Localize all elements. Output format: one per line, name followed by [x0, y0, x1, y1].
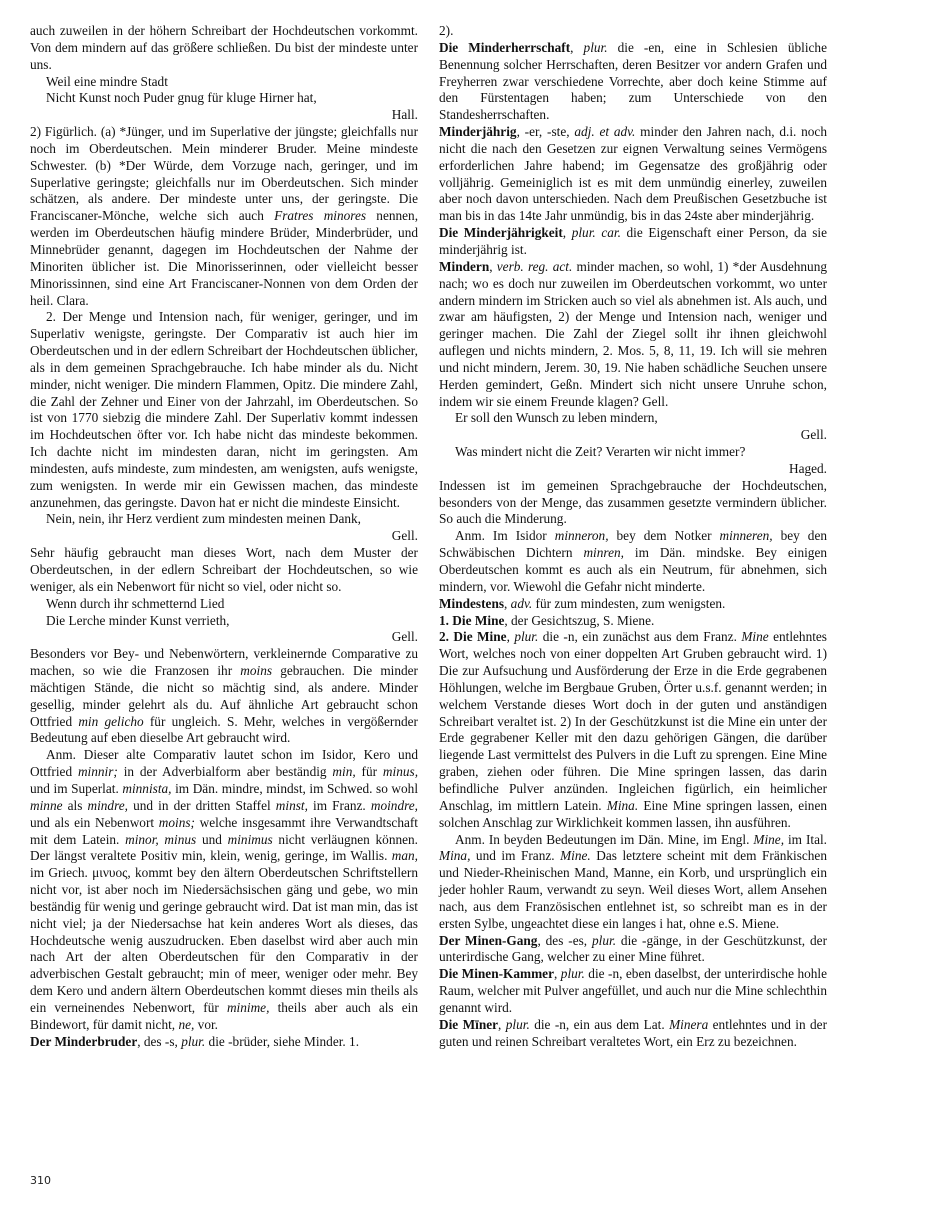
verse-line: Er soll den Wunsch zu leben mindern, [439, 410, 827, 427]
verse-line: Was mindert nicht die Zeit? Verarten wir… [439, 444, 827, 461]
annotation-paragraph: Anm. Im Isidor minneron, bey dem Notker … [439, 528, 827, 595]
right-column: 2). Die Minderherrschaft, plur. die -en,… [439, 23, 827, 1050]
dictionary-entry-mine-1: 1. Die Mine, der Gesichtszug, S. Miene. [439, 613, 827, 630]
headword: Der Minen-Gang [439, 933, 537, 948]
headword: Der Minderbruder [30, 1034, 137, 1049]
verse-attribution: Gell. [439, 427, 827, 444]
headword: Minderjährig [439, 124, 517, 139]
dictionary-entry-mindestens: Mindestens, adv. für zum mindesten, zum … [439, 596, 827, 613]
verse-attribution: Gell. [30, 629, 418, 646]
headword: 2. Die Mine [439, 629, 507, 644]
dictionary-entry-minen-gang: Der Minen-Gang, des -es, plur. die -gäng… [439, 933, 827, 967]
paragraph: 2. Der Menge und Intension nach, für wen… [30, 309, 418, 511]
paragraph: 2) Figürlich. (a) *Jünger, und im Superl… [30, 124, 418, 309]
headword: Mindestens [439, 596, 504, 611]
headword: Mindern [439, 259, 489, 274]
headword: 1. Die Mine [439, 613, 504, 628]
headword: Die Mīner [439, 1017, 498, 1032]
annotation-paragraph: Anm. Dieser alte Comparativ lautet schon… [30, 747, 418, 1033]
paragraph: Besonders vor Bey- und Nebenwörtern, ver… [30, 646, 418, 747]
page-number: 310 [30, 1174, 51, 1187]
verse-line: Die Lerche minder Kunst verrieth, [30, 613, 418, 630]
verse-attribution: Gell. [30, 528, 418, 545]
left-column: auch zuweilen in der höhern Schreibart d… [30, 23, 418, 1050]
paragraph: Sehr häufig gebraucht man dieses Wort, n… [30, 545, 418, 596]
dictionary-entry-minderbruder: Der Minderbruder, des -s, plur. die -brü… [30, 1034, 418, 1051]
dictionary-entry-minderherrschaft: Die Minderherrschaft, plur. die -en, ein… [439, 40, 827, 124]
dictionary-entry-minen-kammer: Die Minen-Kammer, plur. die -n, eben das… [439, 966, 827, 1017]
verse-line: Weil eine mindre Stadt [30, 74, 418, 91]
verse-line: Nicht Kunst noch Puder gnug für kluge Hi… [30, 90, 418, 107]
paragraph: auch zuweilen in der höhern Schreibart d… [30, 23, 418, 74]
headword: Die Minderherrschaft [439, 40, 570, 55]
verse-attribution: Hall. [30, 107, 418, 124]
verse-attribution: Haged. [439, 461, 827, 478]
verse-line: Nein, nein, ihr Herz verdient zum mindes… [30, 511, 418, 528]
dictionary-entry-minderjaehrigkeit: Die Minderjährigkeit, plur. car. die Eig… [439, 225, 827, 259]
verse-line: Wenn durch ihr schmetternd Lied [30, 596, 418, 613]
dictionary-entry-miner: Die Mīner, plur. die -n, ein aus dem Lat… [439, 1017, 827, 1051]
paragraph: Indessen ist im gemeinen Sprachgebrauche… [439, 478, 827, 529]
dictionary-entry-mindern: Mindern, verb. reg. act. minder machen, … [439, 259, 827, 411]
dictionary-entry-mine-2: 2. Die Mine, plur. die -n, ein zunächst … [439, 629, 827, 831]
annotation-paragraph: Anm. In beyden Bedeutungen im Dän. Mine,… [439, 832, 827, 933]
headword: Die Minderjährigkeit [439, 225, 563, 240]
dictionary-entry-minderjaehrig: Minderjährig, -er, -ste, adj. et adv. mi… [439, 124, 827, 225]
headword: Die Minen-Kammer [439, 966, 554, 981]
paragraph: 2). [439, 23, 827, 40]
